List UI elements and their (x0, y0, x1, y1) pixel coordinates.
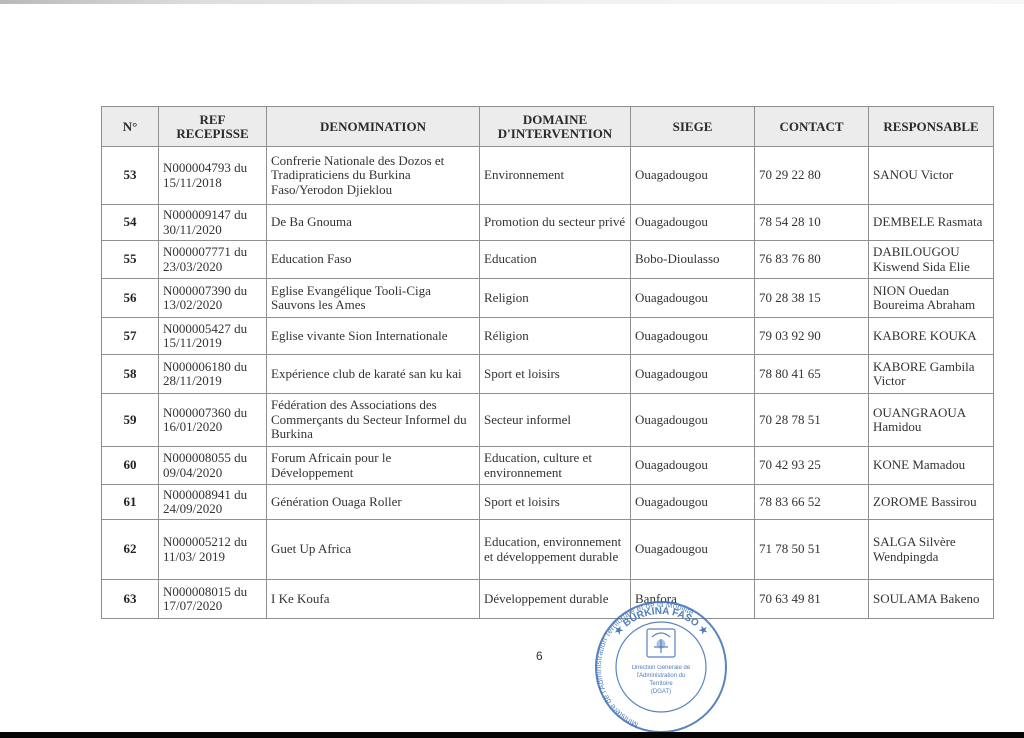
responsable-cell: KABORE KOUKA (869, 318, 994, 355)
row-number-cell: 62 (102, 520, 159, 580)
row-number-cell: 63 (102, 580, 159, 619)
contact-cell: 78 54 28 10 (755, 205, 869, 241)
table-row: 61N000008941 du 24/09/2020Génération Oua… (102, 485, 994, 520)
svg-text:Territoire: Territoire (649, 681, 673, 687)
siege-cell: Ouagadougou (631, 447, 755, 485)
ref-recepisse-cell: N000007771 du 23/03/2020 (159, 241, 267, 279)
siege-cell: Ouagadougou (631, 355, 755, 394)
denomination-cell: Eglise Evangélique Tooli-Ciga Sauvons le… (267, 279, 480, 318)
ref-recepisse-cell: N000005212 du 11/03/ 2019 (159, 520, 267, 580)
svg-text:Direction Générale de: Direction Générale de (632, 665, 691, 671)
table-row: 57N000005427 du 15/11/2019Eglise vivante… (102, 318, 994, 355)
header-no: N° (102, 107, 159, 147)
table-header-row: N° REF RECEPISSE DENOMINATION DOMAINE D'… (102, 107, 994, 147)
denomination-cell: Eglise vivante Sion Internationale (267, 318, 480, 355)
siege-cell: Ouagadougou (631, 279, 755, 318)
denomination-cell: I Ke Koufa (267, 580, 480, 619)
siege-cell: Ouagadougou (631, 394, 755, 447)
contact-cell: 70 29 22 80 (755, 147, 869, 205)
responsable-cell: DABILOUGOU Kiswend Sida Elie (869, 241, 994, 279)
header-contact: CONTACT (755, 107, 869, 147)
ref-recepisse-cell: N000008941 du 24/09/2020 (159, 485, 267, 520)
ref-recepisse-cell: N000004793 du 15/11/2018 (159, 147, 267, 205)
denomination-cell: Expérience club de karaté san ku kai (267, 355, 480, 394)
denomination-cell: Génération Ouaga Roller (267, 485, 480, 520)
denomination-cell: Fédération des Associations des Commerça… (267, 394, 480, 447)
ref-recepisse-cell: N000005427 du 15/11/2019 (159, 318, 267, 355)
siege-cell: Ouagadougou (631, 318, 755, 355)
contact-cell: 78 83 66 52 (755, 485, 869, 520)
siege-cell: Bobo-Dioulasso (631, 241, 755, 279)
row-number-cell: 56 (102, 279, 159, 318)
stamp-center-text: Direction Générale del'Administration du… (632, 665, 691, 695)
header-responsable: RESPONSABLE (869, 107, 994, 147)
contact-cell: 70 63 49 81 (755, 580, 869, 619)
domaine-intervention-cell: Education (480, 241, 631, 279)
responsable-cell: KABORE Gambila Victor (869, 355, 994, 394)
table-row: 54N000009147 du 30/11/2020De Ba GnoumaPr… (102, 205, 994, 241)
table-row: 63N000008015 du 17/07/2020I Ke KoufaDéve… (102, 580, 994, 619)
contact-cell: 70 28 38 15 (755, 279, 869, 318)
domaine-intervention-cell: Religion (480, 279, 631, 318)
domaine-intervention-cell: Environnement (480, 147, 631, 205)
ref-recepisse-cell: N000007360 du 16/01/2020 (159, 394, 267, 447)
association-register-table: N° REF RECEPISSE DENOMINATION DOMAINE D'… (101, 106, 994, 619)
table-row: 62N000005212 du 11/03/ 2019Guet Up Afric… (102, 520, 994, 580)
responsable-cell: ZOROME Bassirou (869, 485, 994, 520)
responsable-cell: SANOU Victor (869, 147, 994, 205)
row-number-cell: 57 (102, 318, 159, 355)
table-body: 53N000004793 du 15/11/2018Confrerie Nati… (102, 147, 994, 619)
row-number-cell: 55 (102, 241, 159, 279)
contact-cell: 76 83 76 80 (755, 241, 869, 279)
contact-cell: 71 78 50 51 (755, 520, 869, 580)
table-row: 60N000008055 du 09/04/2020Forum Africain… (102, 447, 994, 485)
domaine-intervention-cell: Education, environnement et développemen… (480, 520, 631, 580)
ref-recepisse-cell: N000007390 du 13/02/2020 (159, 279, 267, 318)
header-siege: SIEGE (631, 107, 755, 147)
contact-cell: 78 80 41 65 (755, 355, 869, 394)
domaine-intervention-cell: Sport et loisirs (480, 485, 631, 520)
siege-cell: Ouagadougou (631, 520, 755, 580)
denomination-cell: De Ba Gnouma (267, 205, 480, 241)
table-row: 58N000006180 du 28/11/2019Expérience clu… (102, 355, 994, 394)
contact-cell: 70 28 78 51 (755, 394, 869, 447)
domaine-intervention-cell: Secteur informel (480, 394, 631, 447)
page-number: 6 (536, 649, 543, 663)
responsable-cell: SALGA Silvère Wendpingda (869, 520, 994, 580)
ref-recepisse-cell: N000009147 du 30/11/2020 (159, 205, 267, 241)
official-stamp: ★ BURKINA FASO ★ Ministère de l'Administ… (594, 597, 728, 737)
row-number-cell: 59 (102, 394, 159, 447)
row-number-cell: 53 (102, 147, 159, 205)
siege-cell: Ouagadougou (631, 485, 755, 520)
ref-recepisse-cell: N000008015 du 17/07/2020 (159, 580, 267, 619)
contact-cell: 70 42 93 25 (755, 447, 869, 485)
svg-text:(DGAT): (DGAT) (651, 689, 671, 695)
row-number-cell: 58 (102, 355, 159, 394)
svg-text:l'Administration du: l'Administration du (637, 673, 686, 679)
siege-cell: Ouagadougou (631, 205, 755, 241)
responsable-cell: NION Ouedan Boureima Abraham (869, 279, 994, 318)
table-row: 55N000007771 du 23/03/2020Education Faso… (102, 241, 994, 279)
denomination-cell: Education Faso (267, 241, 480, 279)
scan-bottom-edge (0, 732, 1024, 738)
table-row: 59N000007360 du 16/01/2020Fédération des… (102, 394, 994, 447)
row-number-cell: 54 (102, 205, 159, 241)
table-row: 53N000004793 du 15/11/2018Confrerie Nati… (102, 147, 994, 205)
ref-recepisse-cell: N000006180 du 28/11/2019 (159, 355, 267, 394)
row-number-cell: 60 (102, 447, 159, 485)
domaine-intervention-cell: Promotion du secteur privé (480, 205, 631, 241)
denomination-cell: Guet Up Africa (267, 520, 480, 580)
domaine-intervention-cell: Education, culture et environnement (480, 447, 631, 485)
ref-recepisse-cell: N000008055 du 09/04/2020 (159, 447, 267, 485)
responsable-cell: KONE Mamadou (869, 447, 994, 485)
contact-cell: 79 03 92 90 (755, 318, 869, 355)
responsable-cell: SOULAMA Bakeno (869, 580, 994, 619)
scan-top-edge (0, 0, 1024, 4)
domaine-intervention-cell: Sport et loisirs (480, 355, 631, 394)
responsable-cell: OUANGRAOUA Hamidou (869, 394, 994, 447)
row-number-cell: 61 (102, 485, 159, 520)
header-denomination: DENOMINATION (267, 107, 480, 147)
siege-cell: Ouagadougou (631, 147, 755, 205)
header-ref-recepisse: REF RECEPISSE (159, 107, 267, 147)
denomination-cell: Confrerie Nationale des Dozos et Tradipr… (267, 147, 480, 205)
denomination-cell: Forum Africain pour le Développement (267, 447, 480, 485)
domaine-intervention-cell: Réligion (480, 318, 631, 355)
table-row: 56N000007390 du 13/02/2020Eglise Evangél… (102, 279, 994, 318)
responsable-cell: DEMBELE Rasmata (869, 205, 994, 241)
coat-of-arms-icon (647, 629, 675, 657)
header-domaine: DOMAINE D'INTERVENTION (480, 107, 631, 147)
